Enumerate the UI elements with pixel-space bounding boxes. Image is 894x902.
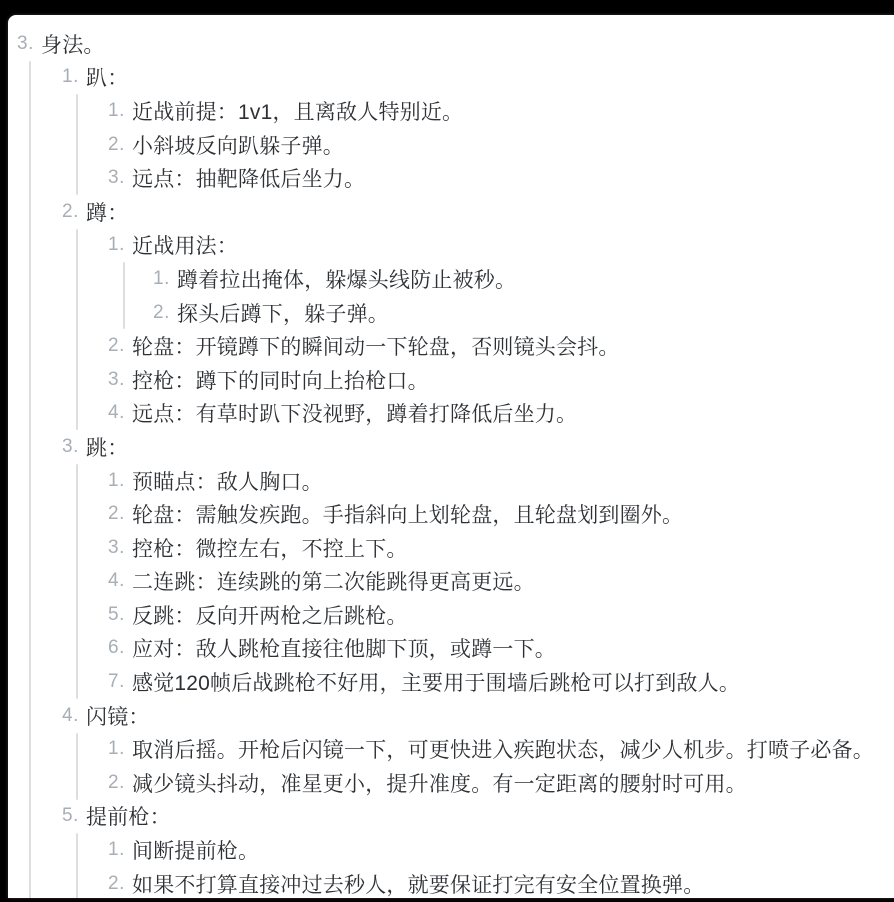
list-item[interactable]: 2.轮盘：需触发疾跑。手指斜向上划轮盘，且轮盘划到圈外。 — [8, 497, 894, 531]
list-item-text: 轮盘：开镜蹲下的瞬间动一下轮盘，否则镜头会抖。 — [132, 331, 620, 361]
list-item-number: 2. — [108, 772, 132, 794]
list-item-text: 蹲着拉出掩体，躲爆头线防止被秒。 — [177, 264, 516, 294]
list-item-text: 小斜坡反向趴躲子弹。 — [132, 130, 344, 160]
list-item-text: 探头后蹲下，躲子弹。 — [177, 298, 389, 328]
list-item-text: 二连跳：连续跳的第二次能跳得更高更远。 — [132, 566, 535, 596]
list-item-number: 2. — [62, 201, 86, 223]
list-item[interactable]: 2.如果不打算直接冲过去秒人，就要保证打完有安全位置换弹。 — [8, 867, 894, 898]
list-item-number: 3. — [108, 369, 132, 391]
list-item[interactable]: 5.提前枪： — [8, 800, 894, 834]
list-item-text: 如果不打算直接冲过去秒人，就要保证打完有安全位置换弹。 — [132, 869, 704, 898]
list-item-text: 闪镜： — [86, 701, 150, 731]
list-item-number: 7. — [108, 671, 132, 693]
list-item-number: 3. — [108, 537, 132, 559]
list-item[interactable]: 1.趴： — [8, 61, 894, 95]
list-item-number: 4. — [108, 402, 132, 424]
list-item[interactable]: 3.跳： — [8, 430, 894, 464]
list-item-number: 5. — [62, 805, 86, 827]
list-item-text: 感觉120帧后战跳枪不好用，主要用于围墙后跳枪可以打到敌人。 — [132, 667, 740, 697]
indent-guide-line — [76, 464, 78, 699]
list-item-text: 预瞄点：敌人胸口。 — [132, 466, 323, 496]
list-item-text: 轮盘：需触发疾跑。手指斜向上划轮盘，且轮盘划到圈外。 — [132, 499, 683, 529]
list-item[interactable]: 4.闪镜： — [8, 699, 894, 733]
screen-frame: 3.身法。1.趴：1.近战前提：1v1，且离敌人特别近。2.小斜坡反向趴躲子弹。… — [0, 0, 894, 902]
indent-guide-line — [76, 94, 78, 195]
list-item[interactable]: 4.二连跳：连续跳的第二次能跳得更高更远。 — [8, 565, 894, 599]
list-item-text: 提前枪： — [86, 801, 171, 831]
indent-guide-line — [76, 733, 78, 800]
list-item-text: 控枪：蹲下的同时向上抬枪口。 — [132, 365, 429, 395]
list-item[interactable]: 4.远点：有草时趴下没视野，蹲着打降低后坐力。 — [8, 397, 894, 431]
list-item-number: 6. — [108, 637, 132, 659]
list-item-text: 减少镜头抖动，准星更小，提升准度。有一定距离的腰射时可用。 — [132, 768, 747, 798]
list-item-number: 1. — [108, 738, 132, 760]
list-item[interactable]: 1.近战前提：1v1，且离敌人特别近。 — [8, 94, 894, 128]
list-item[interactable]: 6.应对：敌人跳枪直接往他脚下顶，或蹲一下。 — [8, 632, 894, 666]
indent-guide-line — [123, 262, 125, 329]
indent-guide-line — [76, 229, 78, 431]
list-item[interactable]: 3.身法。 — [8, 27, 894, 61]
list-item[interactable]: 5.反跳：反向开两枪之后跳枪。 — [8, 598, 894, 632]
list-item-number: 1. — [108, 839, 132, 861]
list-item-text: 近战用法： — [132, 230, 238, 260]
list-item[interactable]: 1.蹲着拉出掩体，躲爆头线防止被秒。 — [8, 262, 894, 296]
list-item[interactable]: 3.远点：抽靶降低后坐力。 — [8, 161, 894, 195]
list-item[interactable]: 2.蹲： — [8, 195, 894, 229]
list-item-number: 1. — [62, 66, 86, 88]
list-item-number: 2. — [108, 134, 132, 156]
indent-guide-line — [76, 833, 78, 898]
list-item-number: 2. — [108, 873, 132, 895]
document-page: 3.身法。1.趴：1.近战前提：1v1，且离敌人特别近。2.小斜坡反向趴躲子弹。… — [8, 15, 894, 898]
list-item-text: 远点：抽靶降低后坐力。 — [132, 163, 365, 193]
list-item-number: 3. — [108, 167, 132, 189]
list-item[interactable]: 2.探头后蹲下，躲子弹。 — [8, 296, 894, 330]
list-item-text: 反跳：反向开两枪之后跳枪。 — [132, 600, 408, 630]
list-item-number: 4. — [108, 570, 132, 592]
list-item-number: 4. — [62, 705, 86, 727]
list-item[interactable]: 1.间断提前枪。 — [8, 833, 894, 867]
list-item-text: 应对：敌人跳枪直接往他脚下顶，或蹲一下。 — [132, 633, 556, 663]
list-item-number: 1. — [153, 268, 177, 290]
list-item[interactable]: 1.近战用法： — [8, 229, 894, 263]
list-item-number: 2. — [108, 335, 132, 357]
list-item-number: 5. — [108, 604, 132, 626]
list-item-text: 趴： — [86, 62, 128, 92]
document-body: 3.身法。1.趴：1.近战前提：1v1，且离敌人特别近。2.小斜坡反向趴躲子弹。… — [8, 15, 894, 898]
list-item[interactable]: 3.控枪：蹲下的同时向上抬枪口。 — [8, 363, 894, 397]
list-item-number: 2. — [108, 503, 132, 525]
indent-guide-line — [29, 61, 31, 898]
list-item-text: 远点：有草时趴下没视野，蹲着打降低后坐力。 — [132, 398, 577, 428]
list-item[interactable]: 1.取消后摇。开枪后闪镜一下，可更快进入疾跑状态，减少人机步。打喷子必备。 — [8, 732, 894, 766]
list-item[interactable]: 2.减少镜头抖动，准星更小，提升准度。有一定距离的腰射时可用。 — [8, 766, 894, 800]
list-item[interactable]: 2.轮盘：开镜蹲下的瞬间动一下轮盘，否则镜头会抖。 — [8, 329, 894, 363]
list-item-number: 2. — [153, 302, 177, 324]
list-item-text: 间断提前枪。 — [132, 835, 259, 865]
list-item-text: 跳： — [86, 432, 128, 462]
list-item-text: 近战前提：1v1，且离敌人特别近。 — [132, 96, 463, 126]
list-item-text: 蹲： — [86, 197, 128, 227]
list-item[interactable]: 1.预瞄点：敌人胸口。 — [8, 464, 894, 498]
list-item[interactable]: 3.控枪：微控左右，不控上下。 — [8, 531, 894, 565]
list-item-number: 1. — [108, 470, 132, 492]
list-item-number: 3. — [62, 436, 86, 458]
list-item[interactable]: 7.感觉120帧后战跳枪不好用，主要用于围墙后跳枪可以打到敌人。 — [8, 665, 894, 699]
list-item-number: 1. — [108, 234, 132, 256]
list-item-text: 取消后摇。开枪后闪镜一下，可更快进入疾跑状态，减少人机步。打喷子必备。 — [132, 734, 874, 764]
list-item[interactable]: 2.小斜坡反向趴躲子弹。 — [8, 128, 894, 162]
list-item-text: 身法。 — [41, 29, 105, 59]
list-item-number: 3. — [17, 33, 41, 55]
list-item-text: 控枪：微控左右，不控上下。 — [132, 533, 408, 563]
list-item-number: 1. — [108, 100, 132, 122]
